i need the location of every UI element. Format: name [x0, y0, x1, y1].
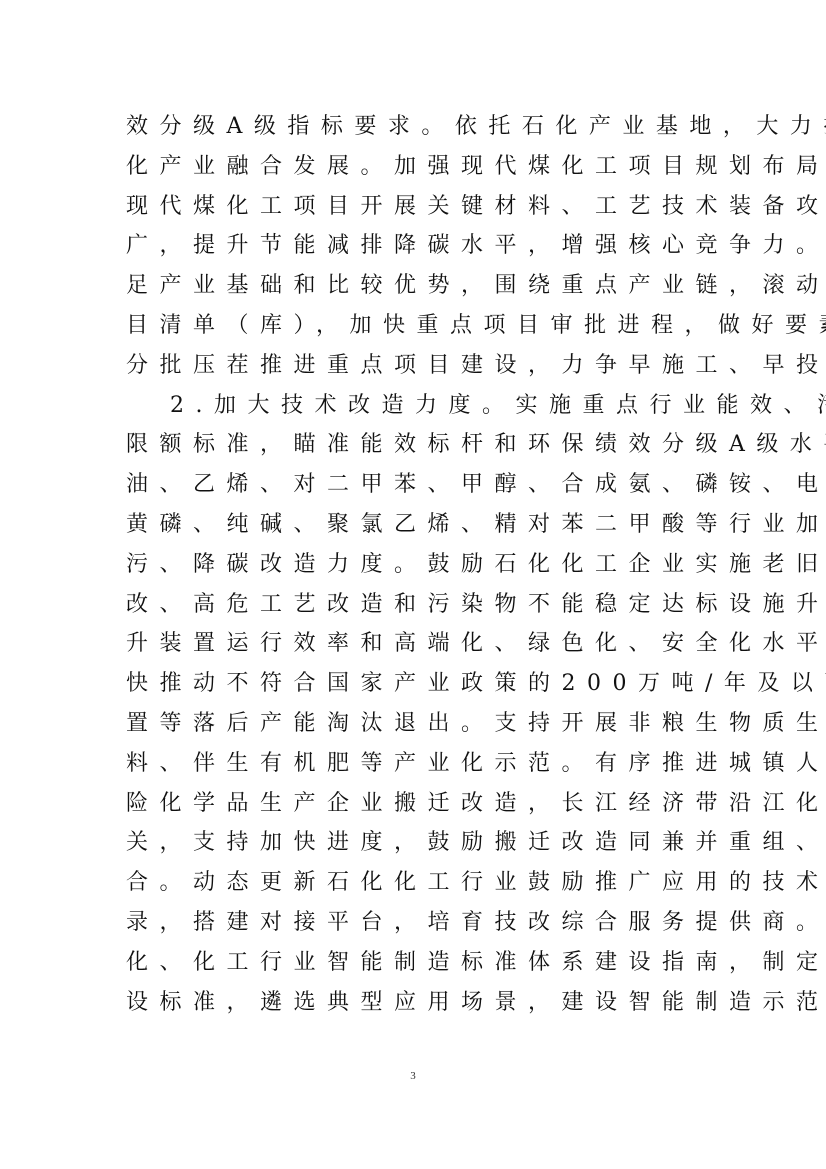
text-line: 升装置运行效率和高端化、绿色化、安全化水平。各地要加: [126, 624, 701, 664]
text-line: 改、高危工艺改造和污染物不能稳定达标设施升级改造，提: [126, 585, 701, 625]
text-line: 合。动态更新石化化工行业鼓励推广应用的技术和产品目: [126, 863, 701, 903]
text-line: 录，搭建对接平台，培育技改综合服务提供商。发布实施石: [126, 903, 701, 943]
text-line: 足产业基础和比较优势，围绕重点产业链，滚动建立重点项: [126, 266, 701, 306]
text-line: 化产业融合发展。加强现代煤化工项目规划布局引导，依托: [126, 147, 701, 187]
text-line: 目清单（库），加快重点项目审批进程，做好要素协调保障，: [126, 306, 701, 346]
text-line: 油、乙烯、对二甲苯、甲醇、合成氨、磷铵、电石、烧碱、: [126, 465, 701, 505]
text-line: 化、化工行业智能制造标准体系建设指南，制定智能工厂建: [126, 943, 701, 983]
text-line: 关，支持加快进度，鼓励搬迁改造同兼并重组、产品升级结: [126, 823, 701, 863]
text-line: 险化学品生产企业搬迁改造，长江经济带沿江化工企业搬改: [126, 784, 701, 824]
text-line: 限额标准，瞄准能效标杆和环保绩效分级A级水平，推进炼: [126, 425, 701, 465]
text-line: 污、降碳改造力度。鼓励石化化工企业实施老旧装置综合技: [126, 545, 701, 585]
text-line: 快推动不符合国家产业政策的200万吨/年及以下常减压装: [126, 664, 701, 704]
text-line: 效分级A级指标要求。依托石化产业基地，大力推动两岸石: [126, 107, 701, 147]
page-number: 3: [0, 1070, 826, 1082]
text-line: 现代煤化工项目开展关键材料、工艺技术装备攻关及应用推: [126, 187, 701, 227]
text-line: 分批压茬推进重点项目建设，力争早施工、早投产、早见效。: [126, 346, 701, 386]
text-line: 黄磷、纯碱、聚氯乙烯、精对苯二甲酸等行业加大节能、减: [126, 505, 701, 545]
text-line: 料、伴生有机肥等产业化示范。有序推进城镇人口密集区危: [126, 744, 701, 784]
document-page: 效分级A级指标要求。依托石化产业基地，大力推动两岸石 化产业融合发展。加强现代煤…: [0, 0, 826, 1169]
text-line: 置等落后产能淘汰退出。支持开展非粮生物质生产生物基材: [126, 704, 701, 744]
body-text: 效分级A级指标要求。依托石化产业基地，大力推动两岸石 化产业融合发展。加强现代煤…: [126, 107, 701, 1022]
paragraph-start-line: 2.加大技术改造力度。实施重点行业能效、污染物排放: [126, 386, 701, 426]
text-line: 广，提升节能减排降碳水平，增强核心竞争力。各地区要立: [126, 226, 701, 266]
text-line: 设标准，遴选典型应用场景，建设智能制造示范工厂，培育: [126, 983, 701, 1023]
